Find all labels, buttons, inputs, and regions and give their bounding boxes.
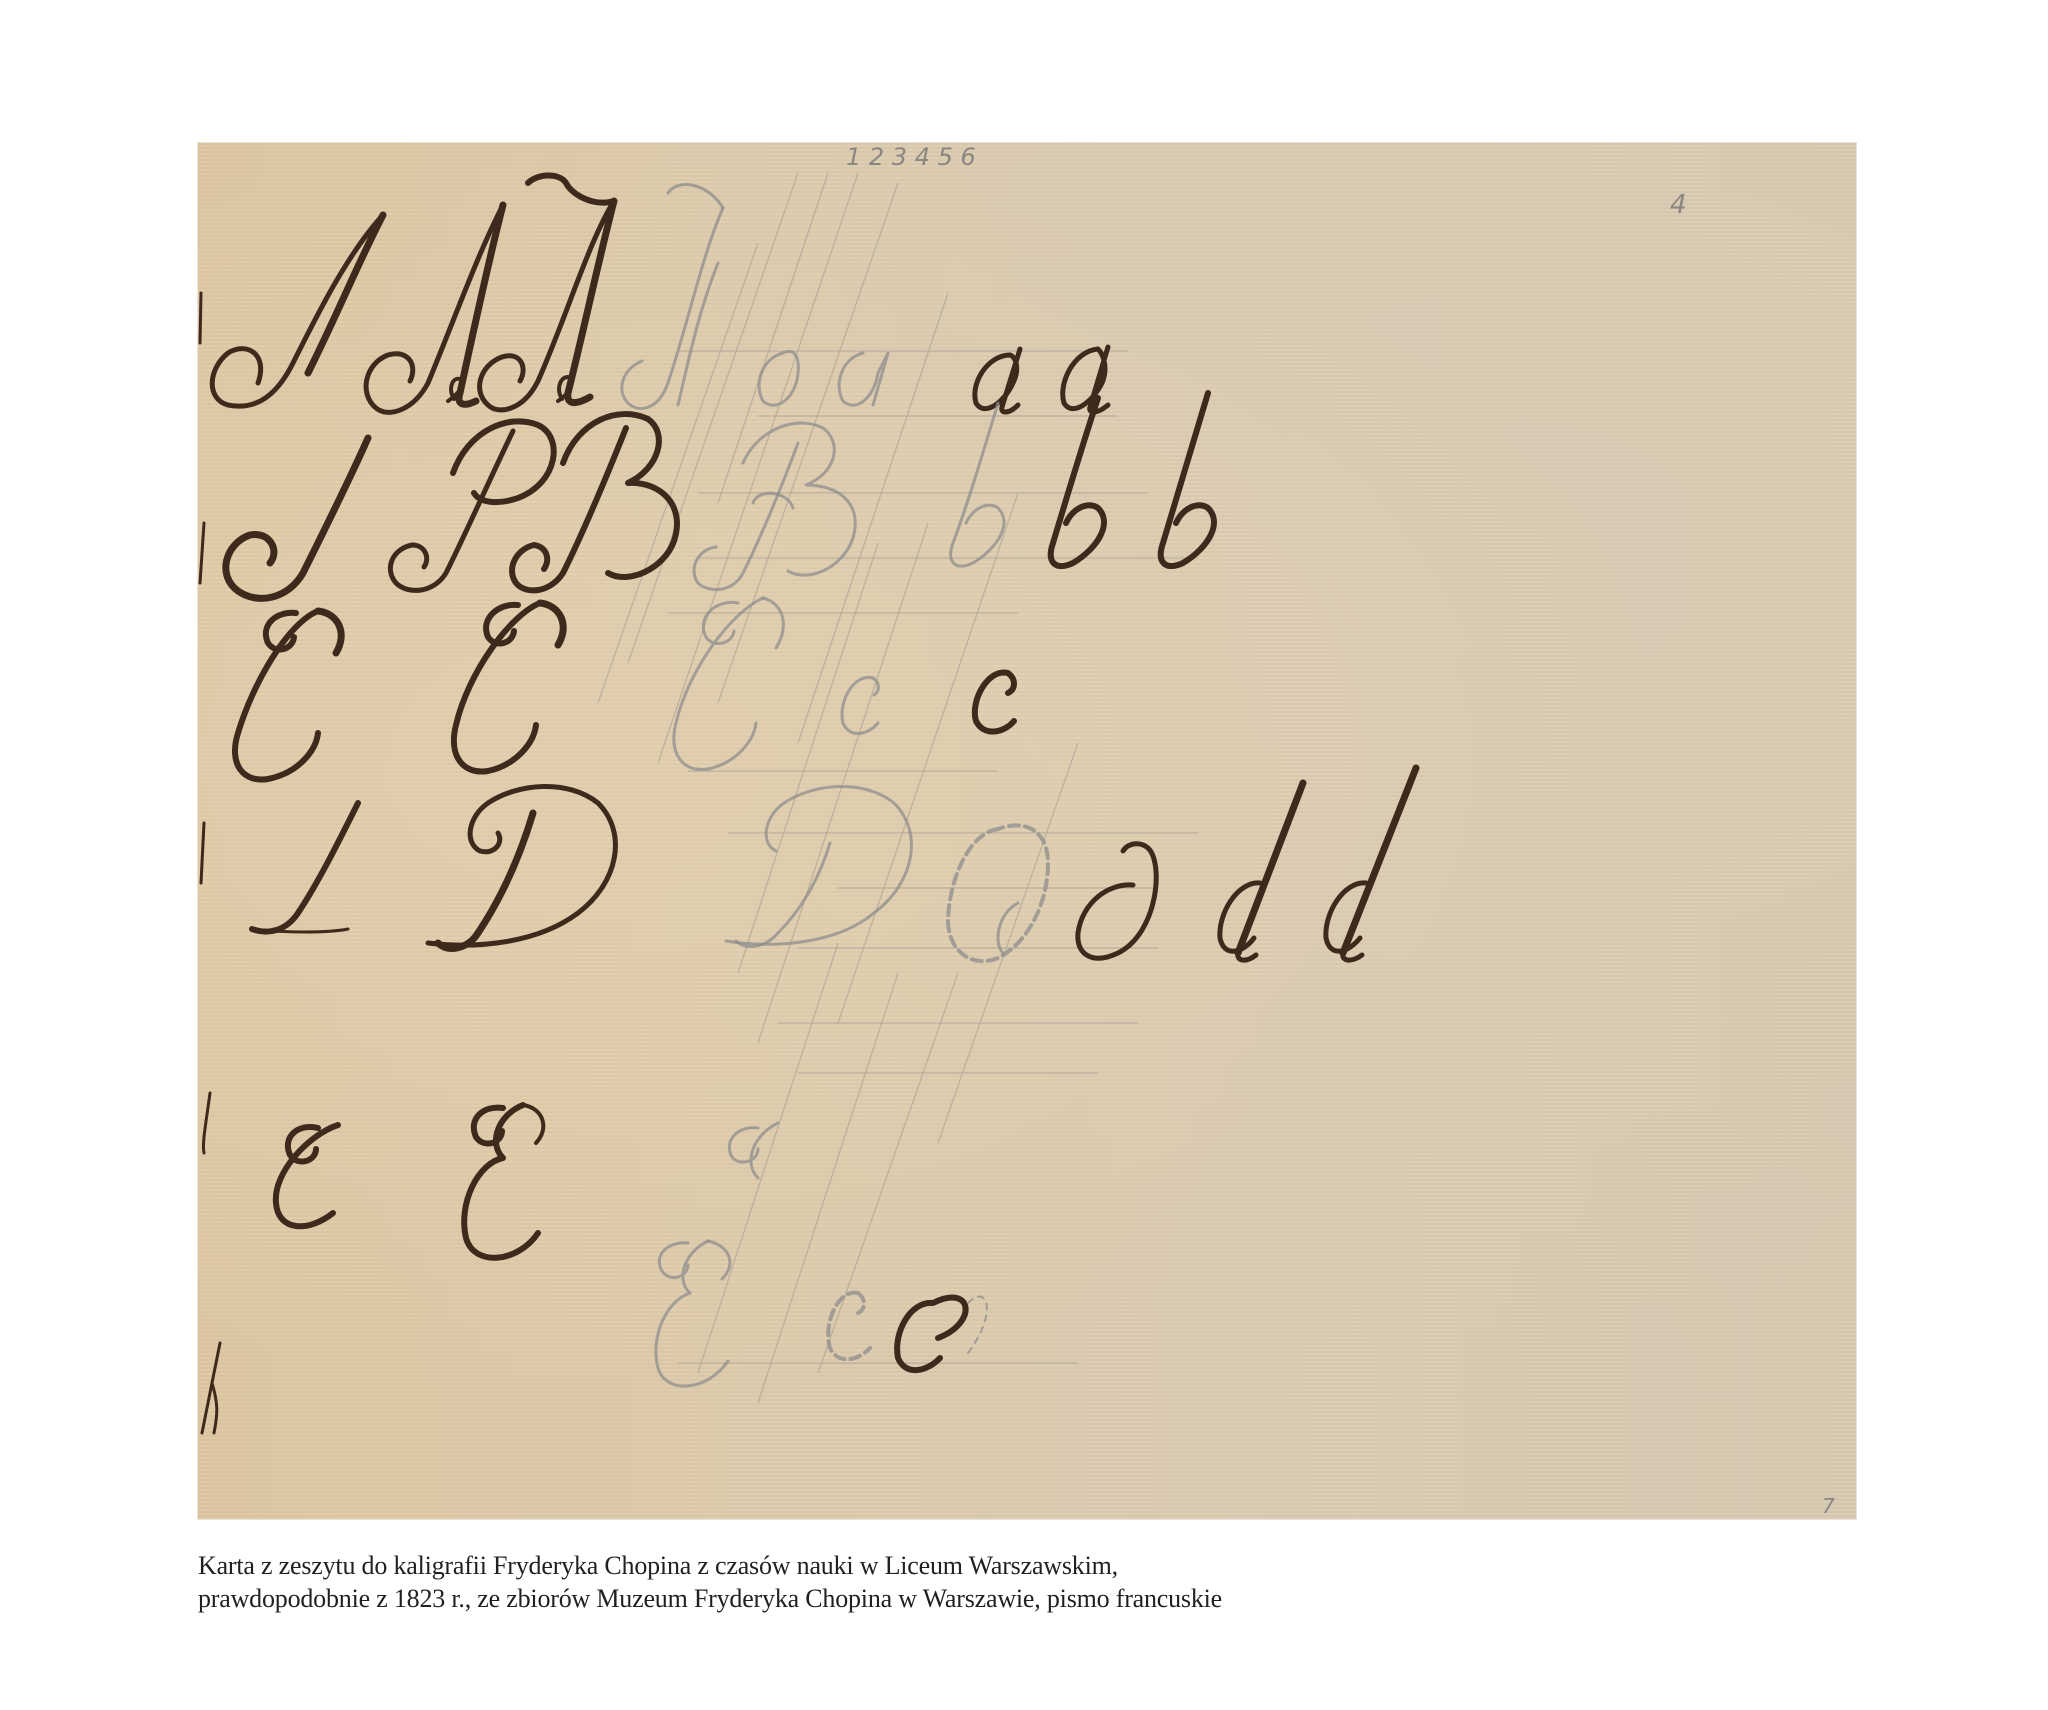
caption-line-2: prawdopodobnie z 1823 r., ze zbiorów Muz… [198, 1582, 1598, 1615]
margin-strokes [200, 293, 220, 1433]
caption-line-1: Karta z zeszytu do kaligrafii Fryderyka … [198, 1549, 1598, 1582]
row-e [276, 1105, 987, 1386]
pencil-column-numbers: 1 2 3 4 5 6 [846, 143, 976, 171]
manuscript-page: 1 2 3 4 5 6 4 7 [198, 143, 1856, 1519]
figure-caption: Karta z zeszytu do kaligrafii Fryderyka … [198, 1549, 1598, 1615]
calligraphy-drawing: 1 2 3 4 5 6 4 7 [198, 143, 1856, 1519]
page-number-top: 4 [1670, 190, 1687, 220]
page-number-bottom: 7 [1822, 1494, 1835, 1518]
row-a [212, 176, 1108, 413]
row-d [252, 768, 1416, 961]
